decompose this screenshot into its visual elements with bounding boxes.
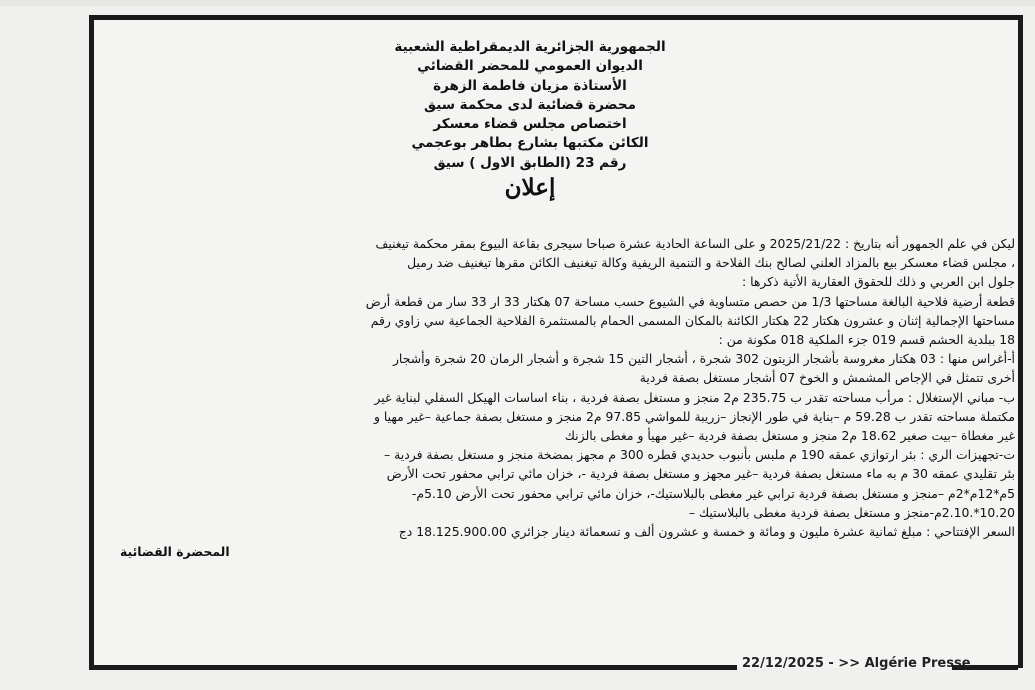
announcement-title: إعلان [240, 173, 820, 203]
header-line-floor: رقم 23 (الطابق الاول ) سيق [240, 154, 820, 173]
body-line: أ-أغراس منها : 03 هكتار مغروسة بأشجار ال… [112, 349, 1015, 368]
body-line: 18 ببلدية الحشم قسم 019 جزء الملكية 018 … [112, 330, 1015, 349]
body-line: ليكن في علم الجمهور أنه بتاريخ : 2025/21… [112, 234, 1015, 253]
body-line: جلول ابن العربي و ذلك للحقوق العقارية ال… [112, 272, 1015, 291]
header-line-bailiff-name: الأستاذة مزيان فاطمة الزهرة [240, 77, 820, 96]
body-line: مكتملة مساحته تقدر ب 59.28 م –بناية في ط… [112, 407, 1015, 426]
announcement-body: ليكن في علم الجمهور أنه بتاريخ : 2025/21… [112, 234, 1015, 561]
body-line: ت-تجهيزات الري : بئر ارتوازي عمقه 190 م … [112, 445, 1015, 464]
body-line: ، مجلس قضاء معسكر بيع بالمزاد العلني لصا… [112, 253, 1015, 272]
body-line: بئر تقليدي عمقه 30 م به ماء مستغل بصفة ف… [112, 464, 1015, 483]
body-line: 10.20*.2.10م-منجز و مستغل بصفة فردية مغط… [112, 503, 1015, 522]
footer-source: 22/12/2025 - >> Algérie Presse [742, 653, 948, 675]
header-line-office: الديوان العمومي للمحضر القضائي [240, 57, 820, 76]
page-top-strip [0, 0, 1035, 6]
body-line: غير مغطاة –بيت صغير 18.62 م2 منجز و مستغ… [112, 426, 1015, 445]
opening-price-line: السعر الإفتتاحي : مبلغ ثمانية عشرة مليون… [112, 522, 1015, 541]
announcement-header: الجمهورية الجزائرية الديمقراطية الشعبية … [240, 38, 820, 203]
frame-bottom-border-left [89, 665, 737, 670]
body-line: ب- مباني الإستغلال : مرأب مساحته تقدر ب … [112, 388, 1015, 407]
signature: المحضرة القضائية [120, 544, 230, 559]
header-line-republic: الجمهورية الجزائرية الديمقراطية الشعبية [240, 38, 820, 57]
body-line: مساحتها الإجمالية إثنان و عشرون هكتار 22… [112, 311, 1015, 330]
signature-wrap: المحضرة القضائية [112, 541, 1015, 561]
header-line-address: الكائن مكتبها بشارع بطاهر بوعجمي [240, 134, 820, 153]
body-line: 5م*12م*2م –منجز و مستغل بصفة فردية ترابي… [112, 484, 1015, 503]
header-line-court: محضرة قضائية لدى محكمة سيق [240, 96, 820, 115]
body-line: أخرى تتمثل في الإجاص المشمش و الخوخ 07 أ… [112, 368, 1015, 387]
header-line-jurisdiction: اختصاص مجلس قضاء معسكر [240, 115, 820, 134]
body-line: قطعة أرضية فلاحية البالغة مساحتها 1/3 من… [112, 292, 1015, 311]
